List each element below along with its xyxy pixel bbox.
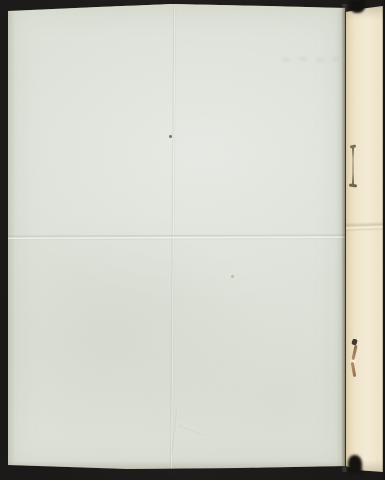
adjacent-page-strip: [346, 6, 383, 472]
stitch-thread: [351, 362, 357, 377]
foxing-dot: [231, 275, 234, 278]
bleedthrough-mark: [278, 51, 340, 67]
horizontal-fold-crease: [8, 234, 345, 240]
ink-speck: [169, 135, 172, 138]
document-scan: [0, 0, 385, 480]
binding-shadow-bottom: [348, 455, 362, 473]
bottom-wrinkle: [179, 423, 204, 435]
stitch-thread: [351, 345, 357, 360]
binding-stitch-bottom: [350, 339, 360, 379]
binding-stitch-top: [352, 147, 354, 185]
binding-shadow-top: [350, 0, 365, 13]
blank-page: [8, 4, 345, 469]
strip-fold-crease: [346, 221, 383, 231]
